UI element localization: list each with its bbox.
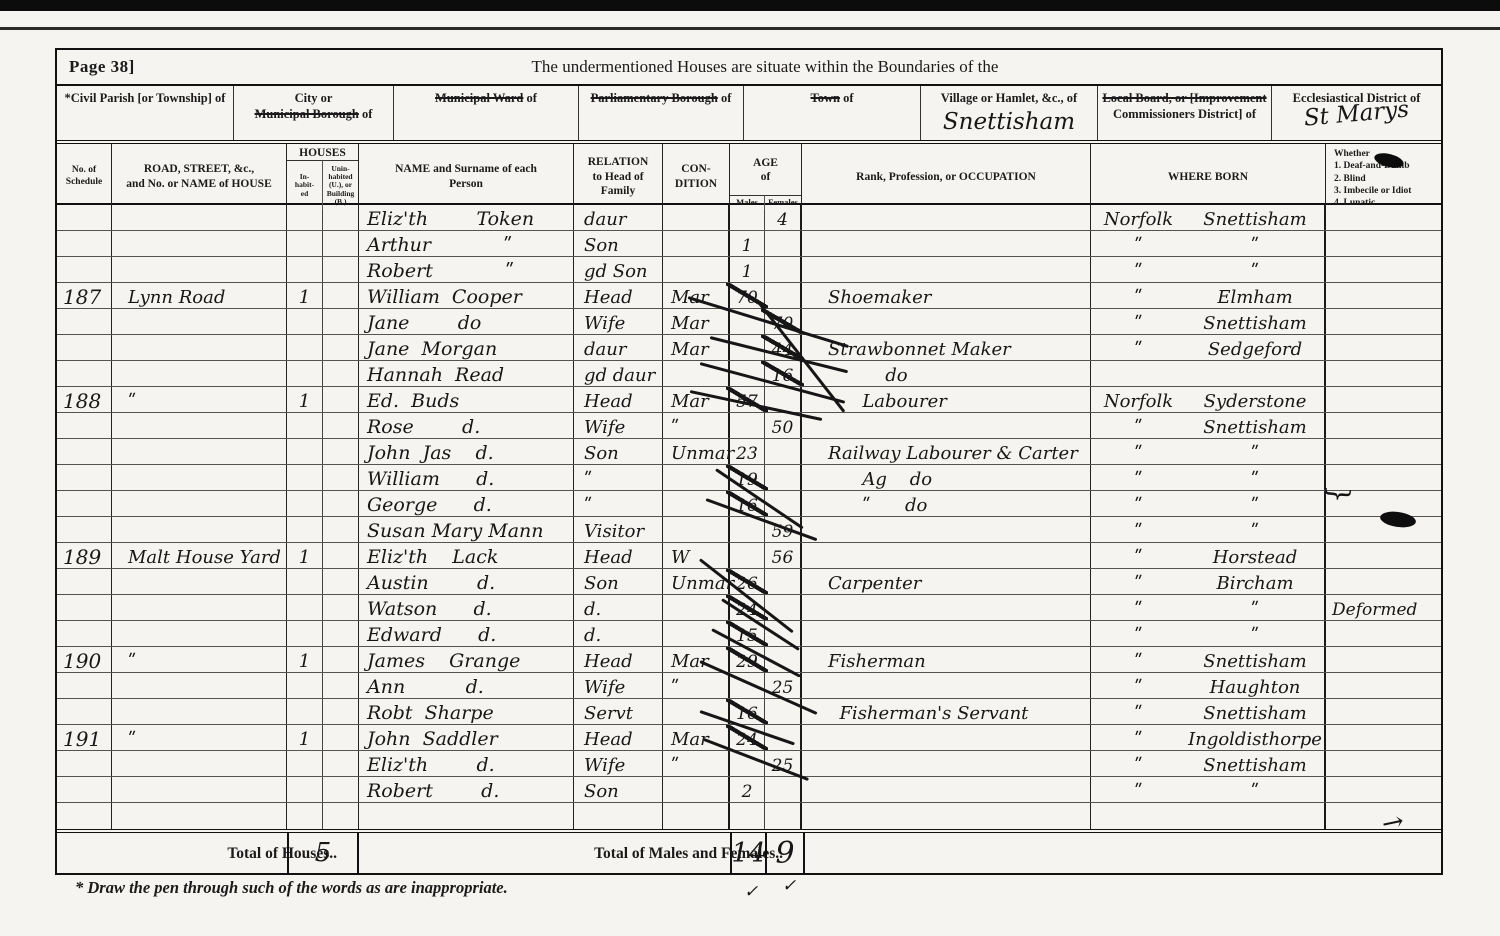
col-header-relation: RELATION to Head of Family (574, 144, 663, 210)
cell-occupation (802, 725, 1091, 750)
scan-top-rule (0, 27, 1500, 30)
born-county: ʺ (1091, 575, 1186, 594)
cell-schedule (57, 257, 112, 282)
born-place: ʺ (1186, 237, 1324, 256)
total-males-females-label: Total of Males and Females.. (417, 845, 783, 863)
cell-age_m: 26 (730, 569, 765, 594)
born-place: ʺ (1186, 523, 1324, 542)
cell-occupation: Ag do (802, 465, 1091, 490)
col-header-condition: CON- DITION (663, 144, 730, 210)
born-county: ʺ (1091, 315, 1186, 334)
cell-condition (663, 465, 730, 490)
cell-relation: gd daur (574, 361, 663, 386)
cell-name: Edward d. (359, 621, 574, 646)
cell-born: ʺʺ (1091, 777, 1326, 802)
table-row: Hannah Readgd daur16 do (57, 361, 1441, 387)
cell-relation: Wife (574, 309, 663, 334)
cell-infirmity (1326, 569, 1441, 594)
cell-occupation (802, 543, 1091, 568)
cell-born: ʺʺ (1091, 491, 1326, 516)
cell-road (112, 257, 287, 282)
col-header-occupation: Rank, Profession, or OCCUPATION (802, 144, 1091, 210)
ward-label-struck: Municipal Ward (435, 91, 523, 105)
cell-relation: Head (574, 725, 663, 750)
cell-infirmity (1326, 387, 1441, 412)
cell-occupation: Labourer (802, 387, 1091, 412)
born-county (1091, 385, 1186, 386)
born-county: ʺ (1091, 601, 1186, 620)
census-form: Page 38] The undermentioned Houses are s… (55, 48, 1443, 875)
cell-born: ʺElmham (1091, 283, 1326, 308)
cell-age_f (765, 465, 802, 490)
born-place: Snettisham (1186, 653, 1324, 672)
cell-occupation (802, 257, 1091, 282)
col-header-road: ROAD, STREET, &c., and No. or NAME of HO… (112, 144, 287, 210)
cell-relation (574, 803, 663, 829)
cell-uninhabited (323, 595, 359, 620)
parliamentary-label-struck: Parliamentary Borough (591, 91, 718, 105)
cell-road (112, 231, 287, 256)
cell-road: ʺ (112, 725, 287, 750)
village-handwritten-value: Snettisham (921, 108, 1097, 137)
born-place: Snettisham (1186, 419, 1324, 438)
cell-condition: Mar (663, 283, 730, 308)
cell-relation: Visitor (574, 517, 663, 542)
uninhabited-label: Unin- habited (U.), or Building (B.) (323, 160, 358, 209)
cell-age_f (765, 439, 802, 464)
cell-age_f (765, 777, 802, 802)
born-county: ʺ (1091, 341, 1186, 360)
born-place: Snettisham (1186, 757, 1324, 776)
cell-infirmity (1326, 361, 1441, 386)
cell-road (112, 335, 287, 360)
age-label: AGE of (730, 144, 801, 195)
cell-born: ʺSedgeford (1091, 335, 1326, 360)
born-county: ʺ (1091, 445, 1186, 464)
cell-name: Jane Morgan (359, 335, 574, 360)
born-place: Sedgeford (1186, 341, 1324, 360)
cell-uninhabited (323, 543, 359, 568)
born-place: Snettisham (1186, 211, 1324, 230)
cell-schedule (57, 517, 112, 542)
cell-relation: d. (574, 621, 663, 646)
cell-road (112, 491, 287, 516)
born-place: ʺ (1186, 445, 1324, 464)
col-header-schedule: No. of Schedule (57, 144, 112, 210)
cell-infirmity (1326, 647, 1441, 672)
cell-schedule (57, 335, 112, 360)
header-town: Town of (744, 86, 921, 140)
cell-infirmity (1326, 257, 1441, 282)
table-row: Robert d.Son2ʺʺ (57, 777, 1441, 803)
cell-uninhabited (323, 751, 359, 776)
cell-age_m (730, 413, 765, 438)
cell-inhabited (287, 777, 323, 802)
table-row (57, 803, 1441, 829)
tally-tick-females: ✓ (782, 876, 796, 896)
boundary-header-band: *Civil Parish [or Township] of City or M… (57, 86, 1441, 140)
cell-schedule (57, 777, 112, 802)
cell-schedule (57, 803, 112, 829)
cell-inhabited (287, 595, 323, 620)
cell-condition (663, 517, 730, 542)
cell-inhabited (287, 439, 323, 464)
cell-name: Watson d. (359, 595, 574, 620)
born-place: ʺ (1186, 471, 1324, 490)
cell-name: Jane do (359, 309, 574, 334)
cell-name: John Saddler (359, 725, 574, 750)
cell-inhabited: 1 (287, 647, 323, 672)
cell-schedule (57, 621, 112, 646)
cell-name: John Jas d. (359, 439, 574, 464)
born-county: Norfolk (1091, 211, 1186, 230)
cell-uninhabited (323, 569, 359, 594)
cell-uninhabited (323, 361, 359, 386)
cell-schedule (57, 569, 112, 594)
table-row: Jane doWifeMar70ʺSnettisham (57, 309, 1441, 335)
parliamentary-label-post: of (721, 91, 731, 105)
born-county: ʺ (1091, 653, 1186, 672)
cell-age_f: 56 (765, 543, 802, 568)
cell-inhabited (287, 569, 323, 594)
cell-road (112, 569, 287, 594)
cell-age_f: 50 (765, 413, 802, 438)
cell-schedule (57, 439, 112, 464)
born-county: ʺ (1091, 757, 1186, 776)
cell-schedule (57, 673, 112, 698)
cell-road (112, 361, 287, 386)
cell-born (1091, 361, 1326, 386)
cell-schedule (57, 699, 112, 724)
civil-parish-label: *Civil Parish [or Township] of (65, 91, 226, 105)
cell-infirmity (1326, 725, 1441, 750)
cell-relation: Head (574, 647, 663, 672)
cell-schedule (57, 361, 112, 386)
cell-uninhabited (323, 283, 359, 308)
table-row: Robt SharpeServt16 Fisherman's ServantʺS… (57, 699, 1441, 725)
town-label-struck: Town (811, 91, 840, 105)
cell-inhabited: 1 (287, 725, 323, 750)
table-row: John Jas d.SonUnmar23Railway Labourer & … (57, 439, 1441, 465)
cell-occupation (802, 231, 1091, 256)
cell-born: ʺʺ (1091, 439, 1326, 464)
born-place: Ingoldisthorpe (1186, 731, 1324, 750)
table-row: Susan Mary MannVisitor59ʺʺ (57, 517, 1441, 543)
cell-road (112, 413, 287, 438)
born-county: ʺ (1091, 263, 1186, 282)
city-label-pre: City or (295, 91, 333, 105)
cell-occupation (802, 595, 1091, 620)
table-row: 190ʺ1James GrangeHeadMar29FishermanʺSnet… (57, 647, 1441, 673)
local-board-line2: Commissioners District] of (1113, 107, 1256, 121)
cell-schedule (57, 231, 112, 256)
cell-occupation (802, 413, 1091, 438)
cell-schedule (57, 595, 112, 620)
born-county: ʺ (1091, 289, 1186, 308)
cell-uninhabited (323, 517, 359, 542)
cell-age_f (765, 231, 802, 256)
ward-label-post: of (527, 91, 537, 105)
cell-occupation (802, 751, 1091, 776)
cell-road (112, 595, 287, 620)
cell-relation: gd Son (574, 257, 663, 282)
table-row: Robert ʺgd Son1ʺʺ (57, 257, 1441, 283)
inhabited-label: In- habit- ed (287, 160, 323, 209)
col-header-infirmity: Whether 1. Deaf-and-Dumb 2. Blind 3. Imb… (1326, 144, 1441, 210)
cell-road (112, 621, 287, 646)
born-county: ʺ (1091, 679, 1186, 698)
cell-name: William Cooper (359, 283, 574, 308)
cell-road (112, 803, 287, 829)
cell-name: Hannah Read (359, 361, 574, 386)
cell-relation: Wife (574, 673, 663, 698)
header-ecclesiastical-district: Ecclesiastical District of St Marys (1272, 86, 1441, 140)
cell-uninhabited (323, 439, 359, 464)
cell-relation: Son (574, 569, 663, 594)
cell-road (112, 517, 287, 542)
cell-uninhabited (323, 231, 359, 256)
cell-inhabited (287, 803, 323, 829)
cell-infirmity (1326, 673, 1441, 698)
table-row: Ann d.Wifeʺ25ʺHaughton (57, 673, 1441, 699)
cell-infirmity (1326, 439, 1441, 464)
cell-name: William d. (359, 465, 574, 490)
age-females-label: Females (765, 195, 801, 210)
cell-infirmity (1326, 335, 1441, 360)
cell-inhabited (287, 361, 323, 386)
cell-road (112, 465, 287, 490)
cell-inhabited (287, 751, 323, 776)
born-place: Syderstone (1186, 393, 1324, 412)
cell-inhabited: 1 (287, 387, 323, 412)
total-houses-value: 5 (287, 833, 359, 873)
cell-inhabited (287, 309, 323, 334)
cell-name: Arthur ʺ (359, 231, 574, 256)
cell-infirmity (1326, 699, 1441, 724)
city-label-post: of (362, 107, 372, 121)
cell-schedule (57, 491, 112, 516)
cell-born: NorfolkSyderstone (1091, 387, 1326, 412)
cell-name: Susan Mary Mann (359, 517, 574, 542)
cell-inhabited: 1 (287, 543, 323, 568)
cell-inhabited (287, 491, 323, 516)
cell-occupation (802, 803, 1091, 829)
cell-name: Eliz'th d. (359, 751, 574, 776)
cell-schedule: 188 (57, 387, 112, 412)
cell-road (112, 439, 287, 464)
cell-schedule: 190 (57, 647, 112, 672)
cell-uninhabited (323, 777, 359, 802)
cell-relation: Son (574, 231, 663, 256)
title-band: Page 38] The undermentioned Houses are s… (57, 50, 1441, 86)
header-village-hamlet: Village or Hamlet, &c., of Snettisham (921, 86, 1098, 140)
cell-uninhabited (323, 621, 359, 646)
page-number: Page 38] (57, 57, 269, 77)
cell-inhabited (287, 699, 323, 724)
cell-road (112, 699, 287, 724)
born-county: ʺ (1091, 523, 1186, 542)
cell-name: Robt Sharpe (359, 699, 574, 724)
cell-schedule: 191 (57, 725, 112, 750)
cell-relation: Head (574, 387, 663, 412)
village-label: Village or Hamlet, &c., of (941, 91, 1077, 105)
cell-infirmity (1326, 413, 1441, 438)
cell-born: ʺʺ (1091, 517, 1326, 542)
cell-condition (663, 699, 730, 724)
col-header-name: NAME and Surname of each Person (359, 144, 574, 210)
cell-inhabited (287, 673, 323, 698)
cell-inhabited (287, 335, 323, 360)
cell-occupation (802, 777, 1091, 802)
born-county: ʺ (1091, 497, 1186, 516)
cell-born: ʺʺ (1091, 257, 1326, 282)
cell-condition (663, 803, 730, 829)
cell-schedule: 189 (57, 543, 112, 568)
local-board-struck: Local Board, or [Improvement (1102, 91, 1266, 105)
cell-name: Robert ʺ (359, 257, 574, 282)
cell-road (112, 673, 287, 698)
born-place: ʺ (1186, 497, 1324, 516)
cell-infirmity (1326, 231, 1441, 256)
cell-inhabited: 1 (287, 283, 323, 308)
cell-age_m: 1 (730, 257, 765, 282)
cell-schedule: 187 (57, 283, 112, 308)
cell-relation: Wife (574, 413, 663, 438)
cell-road (112, 751, 287, 776)
cell-condition: W (663, 543, 730, 568)
born-place: ʺ (1186, 263, 1324, 282)
cell-uninhabited (323, 413, 359, 438)
cell-inhabited (287, 257, 323, 282)
totals-band: Total of Houses.. 5 Total of Males and F… (57, 829, 1441, 873)
cell-uninhabited (323, 309, 359, 334)
cell-condition (663, 777, 730, 802)
born-place (1186, 385, 1324, 386)
cell-infirmity (1326, 621, 1441, 646)
cell-infirmity (1326, 751, 1441, 776)
cell-age_f (765, 283, 802, 308)
cell-born: ʺIngoldisthorpe (1091, 725, 1326, 750)
born-place: Horstead (1186, 549, 1324, 568)
cell-name: Ed. Buds (359, 387, 574, 412)
cell-condition: ʺ (663, 673, 730, 698)
header-municipal-ward: Municipal Ward of (394, 86, 579, 140)
table-row: Arthur ʺSon1ʺʺ (57, 231, 1441, 257)
cell-born: ʺHorstead (1091, 543, 1326, 568)
cell-occupation: Shoemaker (802, 283, 1091, 308)
cell-age_f (765, 569, 802, 594)
cell-condition (663, 231, 730, 256)
cell-relation: ʺ (574, 491, 663, 516)
born-place: Elmham (1186, 289, 1324, 308)
born-county: ʺ (1091, 783, 1186, 802)
cell-name: Eliz'th Lack (359, 543, 574, 568)
cell-age_f (765, 257, 802, 282)
footnote: * Draw the pen through such of the words… (75, 878, 508, 898)
header-local-board: Local Board, or [Improvement Commissione… (1098, 86, 1272, 140)
cell-infirmity: Deformed (1326, 595, 1441, 620)
born-county: ʺ (1091, 705, 1186, 724)
cell-road: ʺ (112, 387, 287, 412)
born-county: ʺ (1091, 419, 1186, 438)
cell-age_m: 1 (730, 231, 765, 256)
cell-road: ʺ (112, 647, 287, 672)
cell-age_m (730, 543, 765, 568)
cell-schedule (57, 751, 112, 776)
cell-condition (663, 257, 730, 282)
census-scan-page: Page 38] The undermentioned Houses are s… (0, 0, 1500, 936)
cell-inhabited (287, 231, 323, 256)
table-row: Austin d.SonUnmar26CarpenterʺBircham (57, 569, 1441, 595)
table-header-row: No. of Schedule ROAD, STREET, &c., and N… (57, 140, 1441, 205)
houses-label: HOUSES (287, 144, 358, 160)
cell-road: Lynn Road (112, 283, 287, 308)
cell-born: ʺBircham (1091, 569, 1326, 594)
table-row: Rose d.Wifeʺ50ʺSnettisham (57, 413, 1441, 439)
cell-infirmity (1326, 777, 1441, 802)
cell-age_m: 19 (730, 465, 765, 490)
cell-name: Austin d. (359, 569, 574, 594)
cell-occupation (802, 673, 1091, 698)
born-place: Haughton (1186, 679, 1324, 698)
cell-inhabited (287, 413, 323, 438)
cell-condition (663, 595, 730, 620)
cell-infirmity (1326, 309, 1441, 334)
table-row: William d.ʺ19 Ag doʺʺ (57, 465, 1441, 491)
header-city-municipal-borough: City or Municipal Borough of (234, 86, 394, 140)
cell-name: Rose d. (359, 413, 574, 438)
born-place: ʺ (1186, 627, 1324, 646)
cell-uninhabited (323, 725, 359, 750)
cell-occupation (802, 517, 1091, 542)
born-place: Bircham (1186, 575, 1324, 594)
total-males-value: 14 (730, 833, 765, 873)
cell-born: ʺʺ (1091, 595, 1326, 620)
table-row: 188ʺ1Ed. BudsHeadMar57 LabourerNorfolkSy… (57, 387, 1441, 413)
tally-tick-males: ✓ (744, 882, 758, 902)
born-county: Norfolk (1091, 393, 1186, 412)
total-females-value: 9 (765, 833, 805, 873)
born-place: ʺ (1186, 601, 1324, 620)
cell-road (112, 777, 287, 802)
born-county: ʺ (1091, 731, 1186, 750)
cell-age_m: 16 (730, 699, 765, 724)
cell-relation: Head (574, 543, 663, 568)
born-county: ʺ (1091, 471, 1186, 490)
cell-uninhabited (323, 465, 359, 490)
cell-name (359, 803, 574, 829)
cell-born (1091, 803, 1326, 829)
cell-born: ʺSnettisham (1091, 647, 1326, 672)
cell-occupation: Fisherman (802, 647, 1091, 672)
cell-occupation (802, 621, 1091, 646)
form-title: The undermentioned Houses are situate wi… (269, 57, 1441, 77)
cell-age_m: 2 (730, 777, 765, 802)
cell-road (112, 309, 287, 334)
cell-age_m (730, 803, 765, 829)
age-males-label: Males (730, 195, 765, 210)
cell-uninhabited (323, 803, 359, 829)
born-place: Snettisham (1186, 705, 1324, 724)
cell-relation: ʺ (574, 465, 663, 490)
cell-schedule (57, 465, 112, 490)
born-county: ʺ (1091, 549, 1186, 568)
born-place: Snettisham (1186, 315, 1324, 334)
cell-schedule (57, 413, 112, 438)
cell-occupation: Fisherman's Servant (802, 699, 1091, 724)
cell-born: ʺʺ (1091, 231, 1326, 256)
cell-occupation: Railway Labourer & Carter (802, 439, 1091, 464)
